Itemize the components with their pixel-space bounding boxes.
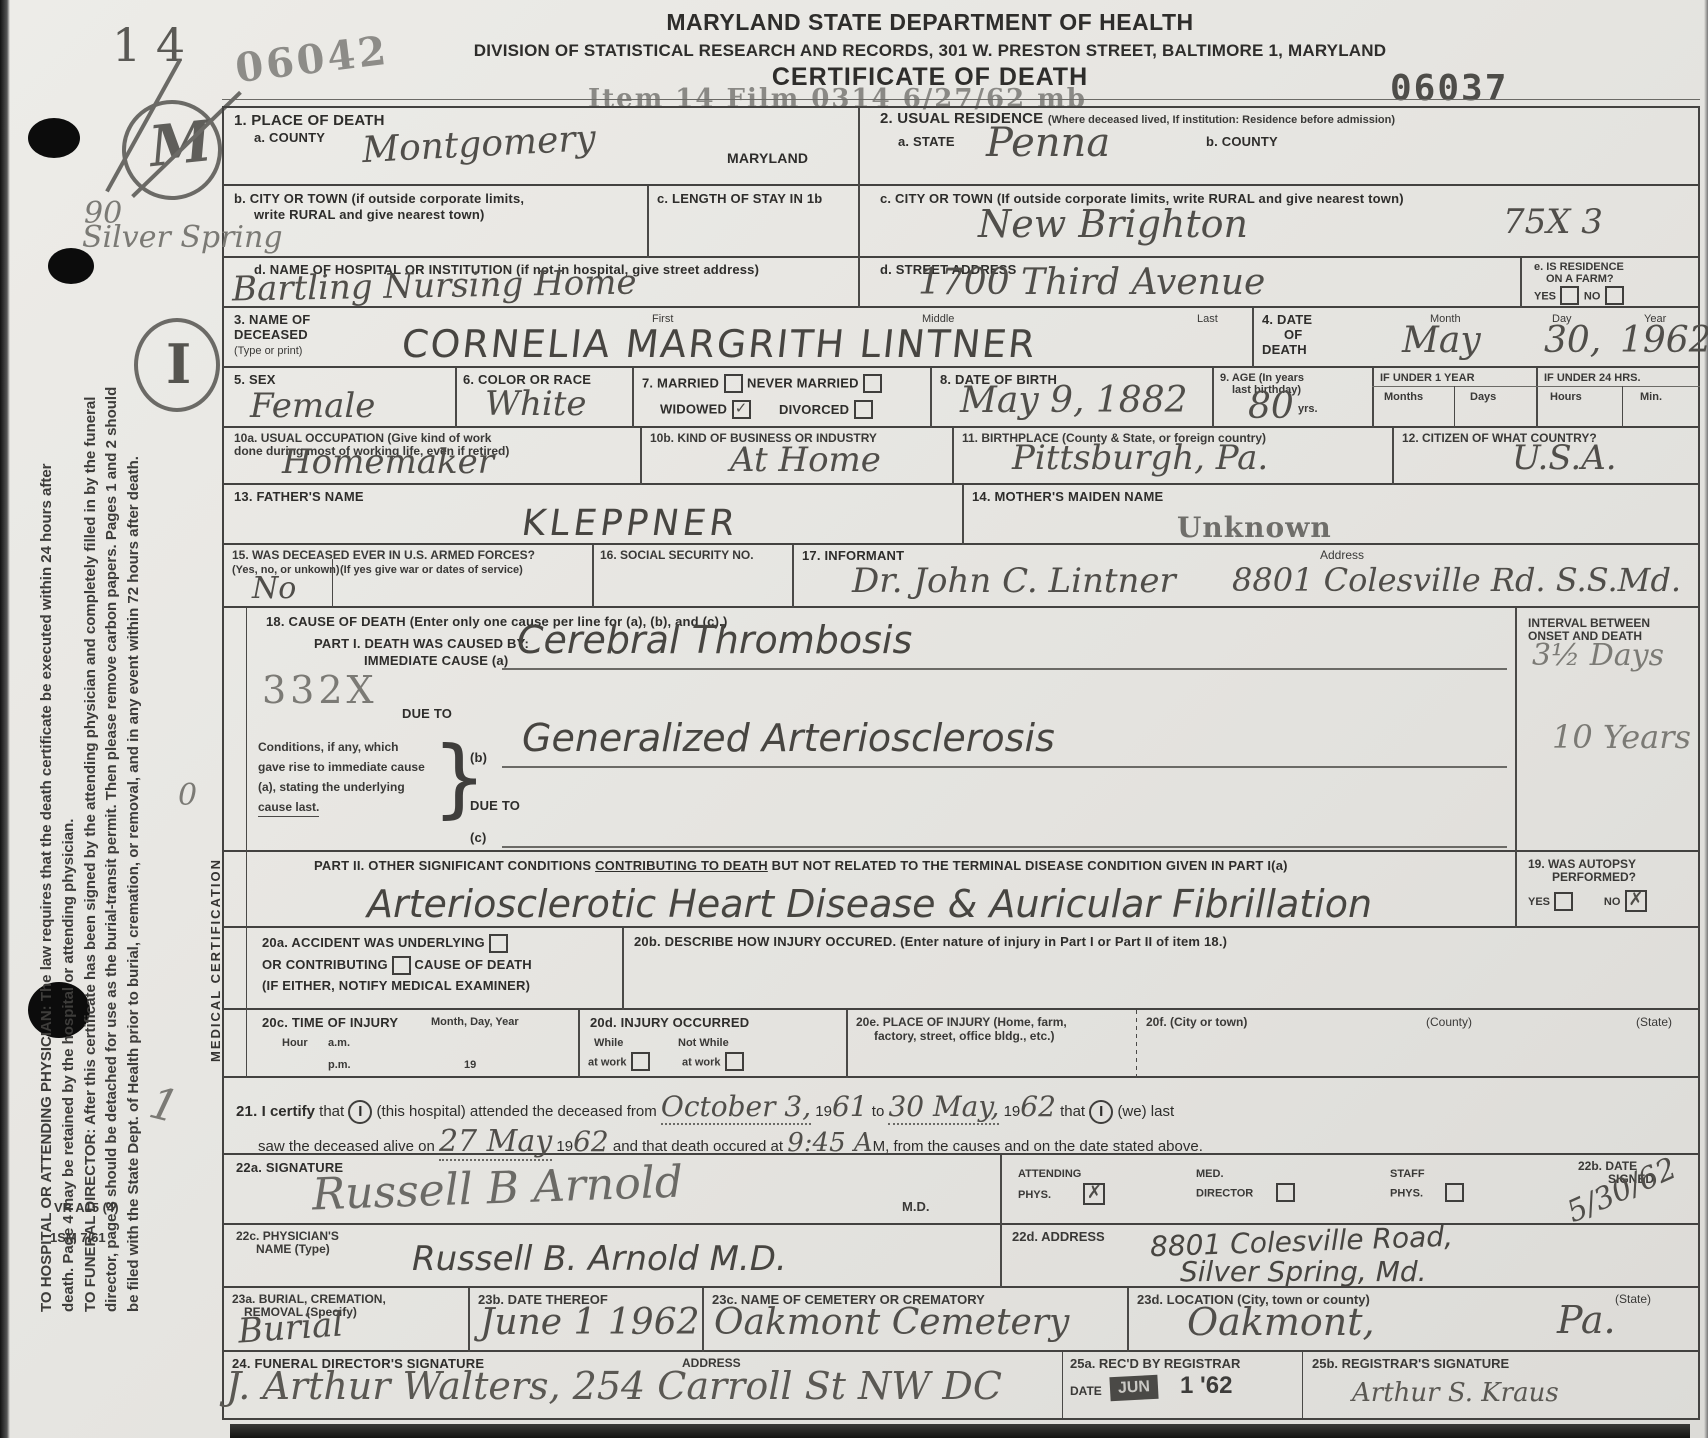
name-label3: (Type or print)	[234, 344, 302, 358]
place-city-value: Silver Spring	[82, 220, 283, 255]
margin-line1: The law requires that the death certific…	[38, 464, 55, 1006]
attended-to-value: 30 May,	[888, 1090, 999, 1125]
certify-19a: 19	[815, 1103, 832, 1120]
field-physician-name: 22c. PHYSICIAN'S NAME (Type) Russell B. …	[222, 1225, 1000, 1288]
field-under-24-hrs: IF UNDER 24 HRS. Hours Min.	[1536, 368, 1700, 428]
mdy-label: Month, Day, Year	[431, 1015, 519, 1029]
row-signature: 22a. SIGNATURE Russell B Arnold M.D. ATT…	[222, 1155, 1700, 1225]
name-value: CORNELIA MARGRITH LINTNER	[400, 322, 1039, 366]
field-marital-status: 7. MARRIED NEVER MARRIED WIDOWED ✓ DIVOR…	[632, 368, 930, 428]
margin-line3: After this certificate has been signed b…	[82, 397, 99, 1129]
field-registrar-signature: 25b. REGISTRAR'S SIGNATURE Arthur S. Kra…	[1302, 1352, 1700, 1418]
row-city: b. CITY OR TOWN (if outside corporate li…	[222, 186, 1700, 258]
part1-label: PART I. DEATH WAS CAUSED BY:	[314, 636, 529, 652]
interval-divider	[1515, 608, 1517, 852]
field-age: 9. AGE (In years last birthday) 80 yrs.	[1212, 368, 1372, 428]
film-number-right: 06037	[1390, 68, 1508, 109]
field-birthplace: 11. BIRTHPLACE (County & State, or forei…	[952, 428, 1392, 485]
dept-title: MARYLAND STATE DEPARTMENT OF HEALTH	[380, 8, 1480, 37]
certify-i1: I	[348, 1100, 372, 1124]
immediate-cause-label: IMMEDIATE CAUSE (a)	[364, 653, 508, 669]
field-how-injury: 20b. DESCRIBE HOW INJURY OCCURED. (Enter…	[622, 928, 1700, 1010]
injury-city-label: 20f. (City or town)	[1146, 1015, 1247, 1031]
dod-label3: DEATH	[1262, 342, 1307, 358]
scan-edge-left	[0, 0, 10, 1438]
signature-value: Russell B Arnold	[311, 1157, 684, 1221]
field-burial-date: 23b. DATE THEREOF June 1 1962	[468, 1288, 702, 1352]
staff-label1: STAFF	[1390, 1167, 1425, 1181]
death-occured-text2: M, from the causes and on the date state…	[873, 1138, 1203, 1155]
residence-county-label: b. COUNTY	[1206, 134, 1278, 150]
farm-no-checkbox	[1605, 286, 1624, 305]
accident-line1: 20a. ACCIDENT WAS UNDERLYING	[262, 935, 485, 950]
field-place-of-death: 1. PLACE OF DEATH a. COUNTY Montgomery M…	[222, 106, 858, 186]
row-burial: 23a. BURIAL, CREMATION, REMOVAL (Specify…	[222, 1288, 1700, 1352]
autopsy-no-label: NO	[1604, 896, 1621, 908]
physician-address-label: 22d. ADDRESS	[1012, 1229, 1105, 1246]
field-father: 13. FATHER'S NAME KLEPPNER	[222, 485, 962, 545]
field-date-signed: 22b. DATE SIGNED 5/30/62	[1560, 1155, 1700, 1225]
autopsy-label2: PERFORMED?	[1552, 870, 1636, 886]
burial-state-value: Pa.	[1557, 1298, 1616, 1342]
field-recd-registrar: 25a. REC'D BY REGISTRAR DATE JUN 1 '62	[1062, 1352, 1302, 1418]
street-address-value: 1700 Third Avenue	[918, 262, 1265, 303]
divider	[1515, 852, 1517, 928]
field-street-address: d. STREET ADDRESS 1700 Third Avenue	[858, 258, 1520, 308]
registrar-signature-value: Arthur S. Kraus	[1352, 1378, 1559, 1408]
accident-contributing-checkbox	[392, 956, 411, 975]
conditions-line4: cause last.	[258, 800, 319, 817]
place-city-label2: write RURAL and give nearest town)	[254, 207, 485, 223]
father-label: 13. FATHER'S NAME	[234, 489, 364, 505]
residence-city-note: 75X 3	[1503, 202, 1603, 242]
row-certify: 21. I certify that I (this hospital) att…	[222, 1078, 1700, 1155]
name-label2: DECEASED	[234, 327, 308, 343]
divorced-label: DIVORCED	[779, 402, 849, 417]
hospital-value: Bartling Nursing Home	[232, 262, 637, 309]
notwhile-label: Not While	[678, 1036, 729, 1050]
margin-line2: death. Page 4 may be retained by the hos…	[58, 40, 80, 1312]
physician-name-value: Russell B. Arnold M.D.	[412, 1239, 787, 1279]
name-label1: 3. NAME OF	[234, 312, 310, 328]
married-checkbox	[724, 374, 743, 393]
certify-hospital-text: (this hospital) attended the deceased fr…	[377, 1103, 657, 1120]
recd-registrar-label: 25a. REC'D BY REGISTRAR	[1070, 1356, 1240, 1373]
conditions-line2: gave rise to immediate cause	[258, 760, 425, 776]
married-label: 7. MARRIED	[642, 376, 719, 391]
field-physician-address: 22d. ADDRESS 8801 Colesville Road, Silve…	[1000, 1225, 1700, 1288]
dod-year-value: 1962	[1620, 320, 1708, 361]
accident-line2b: CAUSE OF DEATH	[414, 957, 531, 972]
atwork2-label: at work	[682, 1057, 721, 1069]
ssn-label: 16. SOCIAL SECURITY NO.	[600, 548, 754, 564]
interval-a-value: 3½ Days	[1532, 638, 1664, 673]
row-parents: 13. FATHER'S NAME KLEPPNER 14. MOTHER'S …	[222, 485, 1700, 545]
armed-forces-label: 15. WAS DECEASED EVER IN U.S. ARMED FORC…	[232, 548, 535, 564]
armed-forces-value: No	[252, 571, 296, 606]
certify-19c: 19	[556, 1138, 573, 1155]
field-burial: 23a. BURIAL, CREMATION, REMOVAL (Specify…	[222, 1288, 468, 1352]
autopsy-no-checkbox: ✗	[1625, 890, 1647, 912]
field-armed-forces: 15. WAS DECEASED EVER IN U.S. ARMED FORC…	[222, 545, 592, 608]
birthplace-value: Pittsburgh, Pa.	[1012, 438, 1268, 478]
physician-name-label2: NAME (Type)	[256, 1242, 330, 1258]
certify-we: (we) last	[1117, 1103, 1174, 1120]
occupation-value: Homemaker	[282, 442, 494, 482]
industry-value: At Home	[730, 440, 881, 480]
not-while-at-work-checkbox	[725, 1052, 744, 1071]
field-place-of-injury: 20e. PLACE OF INJURY (Home, farm, factor…	[846, 1010, 1136, 1078]
attending-label2: PHYS.	[1018, 1189, 1051, 1201]
farm-yes-checkbox	[1560, 286, 1579, 305]
field-injury-city: 20f. (City or town) (County) (State)	[1136, 1010, 1700, 1078]
film-number-left: 06042	[233, 27, 392, 92]
attended-from-value: October 3,	[661, 1090, 811, 1125]
registrar-signature-label: 25b. REGISTRAR'S SIGNATURE	[1312, 1356, 1509, 1373]
field-race: 6. COLOR OR RACE White	[455, 368, 632, 428]
residence-state-label: a. STATE	[898, 134, 955, 150]
staff-label2: PHYS.	[1390, 1188, 1423, 1200]
field-informant: 17. INFORMANT Address Dr. John C. Lintne…	[792, 545, 1700, 608]
divider	[1622, 386, 1623, 428]
field-time-of-injury: 20c. TIME OF INJURY Month, Day, Year Hou…	[246, 1010, 578, 1078]
row-hospital-address: d. NAME OF HOSPITAL OR INSTITUTION (if n…	[222, 258, 1700, 308]
conditions-line1: Conditions, if any, which	[258, 740, 398, 756]
armed-forces-sub2: (If yes give war or dates of service)	[340, 563, 523, 577]
place-of-death-label: 1. PLACE OF DEATH	[234, 112, 385, 131]
field-hospital: d. NAME OF HOSPITAL OR INSTITUTION (if n…	[222, 258, 858, 308]
months-label: Months	[1384, 390, 1423, 404]
widowed-checkbox: ✓	[732, 400, 751, 419]
hours-label: Hours	[1550, 390, 1582, 404]
burial-date-value: June 1 1962	[480, 1302, 700, 1343]
cause-b-line	[502, 766, 1507, 768]
pencil-mark-0: 0	[178, 778, 197, 813]
while-at-work-checkbox	[631, 1052, 650, 1071]
injury-state-label: (State)	[1636, 1015, 1672, 1031]
alive-on-year: 62	[573, 1125, 609, 1158]
farm-yes-label: YES	[1534, 291, 1556, 303]
recd-date-label: DATE	[1070, 1384, 1102, 1400]
form-code-1: VR A15 (4)	[54, 1200, 119, 1217]
under24-label: IF UNDER 24 HRS.	[1544, 371, 1641, 385]
place-city-label1: b. CITY OR TOWN (if outside corporate li…	[234, 191, 524, 207]
row-funeral-director: 24. FUNERAL DIRECTOR'S SIGNATURE ADDRESS…	[222, 1352, 1700, 1418]
field-residence-farm: e. IS RESIDENCE ON A FARM? YES NO	[1520, 258, 1700, 308]
dod-label2: OF	[1284, 327, 1302, 343]
year19-label: 19	[464, 1058, 476, 1072]
county-label: a. COUNTY	[254, 130, 325, 146]
dod-month-value: May	[1402, 320, 1481, 361]
row-informant: 15. WAS DECEASED EVER IN U.S. ARMED FORC…	[222, 545, 1700, 608]
certify-bold: I certify	[262, 1103, 315, 1120]
paper-sheet: TO HOSPITAL OR ATTENDING PHYSICIAN: The …	[0, 0, 1708, 1438]
dob-value: May 9, 1882	[960, 380, 1188, 421]
cause-b-value: Generalized Arteriosclerosis	[522, 716, 1055, 760]
field-signature: 22a. SIGNATURE Russell B Arnold M.D.	[222, 1155, 1000, 1225]
med-director-label1: MED.	[1196, 1167, 1224, 1181]
divider	[332, 559, 333, 608]
field-physician-type: ATTENDING PHYS. ✗ MED. DIRECTOR STAFF PH…	[1000, 1155, 1560, 1225]
time-injury-label: 20c. TIME OF INJURY	[262, 1015, 398, 1031]
row-place-residence: 1. PLACE OF DEATH a. COUNTY Montgomery M…	[222, 106, 1700, 186]
father-value: KLEPPNER	[519, 503, 741, 544]
field-date-of-birth: 8. DATE OF BIRTH May 9, 1882	[930, 368, 1212, 428]
certify-to: to	[872, 1103, 885, 1120]
scan-edge-bottom	[230, 1424, 1690, 1438]
mother-value: Unknown	[1177, 511, 1332, 544]
part2-value: Arteriosclerotic Heart Disease & Auricul…	[367, 882, 1372, 926]
field-date-of-death: 4. DATE OF DEATH Month Day Year May 30, …	[1252, 308, 1700, 368]
staff-checkbox	[1445, 1183, 1464, 1202]
medcert-divider	[246, 608, 247, 852]
recd-date-stamp-day-year: 1 '62	[1180, 1372, 1232, 1400]
atwork1-label: at work	[588, 1057, 627, 1069]
due-to-label-2: DUE TO	[470, 798, 520, 814]
med-director-label2: DIRECTOR	[1196, 1188, 1253, 1200]
field-citizen: 12. CITIZEN OF WHAT COUNTRY? U.S.A.	[1392, 428, 1700, 485]
margin-line3-bold: TO FUNERAL DIRECTOR:	[82, 1129, 99, 1312]
residence-city-value: New Brighton	[978, 202, 1248, 246]
alive-on-text: saw the deceased alive on	[258, 1138, 435, 1155]
scanned-death-certificate: { "header": { "dept": "MARYLAND STATE DE…	[0, 0, 1708, 1438]
attended-to-year: 62	[1020, 1090, 1056, 1123]
med-director-checkbox	[1276, 1183, 1295, 1202]
field-sex: 5. SEX Female	[222, 368, 455, 428]
how-injury-label: 20b. DESCRIBE HOW INJURY OCCURED. (Enter…	[634, 934, 1227, 950]
certify-19b: 19	[1004, 1103, 1021, 1120]
age-value: 80	[1248, 386, 1294, 427]
autopsy-yes-checkbox	[1554, 892, 1573, 911]
accident-line3: (IF EITHER, NOTIFY MEDICAL EXAMINER)	[262, 978, 530, 994]
row-part2: PART II. OTHER SIGNIFICANT CONDITIONS CO…	[222, 852, 1700, 928]
field-occupation: 10a. USUAL OCCUPATION (Give kind of work…	[222, 428, 640, 485]
row-demographics: 5. SEX Female 6. COLOR OR RACE White 7. …	[222, 368, 1700, 428]
field-industry: 10b. KIND OF BUSINESS OR INDUSTRY At Hom…	[640, 428, 952, 485]
citizen-value: U.S.A.	[1512, 438, 1617, 478]
row-name-dod: 3. NAME OF DECEASED (Type or print) Firs…	[222, 308, 1700, 368]
injury-occurred-label: 20d. INJURY OCCURRED	[590, 1015, 749, 1031]
row-cause-of-death: 18. CAUSE OF DEATH (Enter only one cause…	[222, 608, 1700, 852]
row-physician-name: 22c. PHYSICIAN'S NAME (Type) Russell B. …	[222, 1225, 1700, 1288]
funeral-director-value: J. Arthur Walters, 254 Carroll St NW DC	[226, 1364, 1002, 1408]
certify-num: 21.	[236, 1103, 257, 1120]
attending-label1: ATTENDING	[1018, 1167, 1081, 1181]
conditions-line3: (a), stating the underlying	[258, 780, 405, 796]
part2-label-post: BUT NOT RELATED TO THE TERMINAL DISEASE …	[768, 858, 1288, 873]
dod-label1: 4. DATE	[1262, 312, 1312, 328]
accident-line2a: OR CONTRIBUTING	[262, 957, 388, 972]
scan-edge-right	[1704, 0, 1708, 1438]
maryland-printed: MARYLAND	[727, 150, 808, 168]
cemetery-value: Oakmont Cemetery	[714, 1302, 1069, 1343]
never-married-label: NEVER MARRIED	[747, 376, 859, 391]
burial-location-value: Oakmont,	[1187, 1300, 1375, 1344]
circled-i-mark: I	[134, 318, 220, 412]
certify-i2: I	[1089, 1100, 1113, 1124]
pm-label: p.m.	[328, 1058, 351, 1072]
cause-c-label: (c)	[470, 830, 487, 846]
field-burial-location: 23d. LOCATION (City, town or county) (St…	[1127, 1288, 1700, 1352]
cause-c-line	[502, 846, 1507, 848]
division-subtitle: DIVISION OF STATISTICAL RESEARCH AND REC…	[270, 40, 1590, 61]
attending-checkbox: ✗	[1083, 1183, 1105, 1205]
recd-date-stamp-month: JUN	[1109, 1375, 1158, 1401]
accident-underlying-checkbox	[489, 934, 508, 953]
rule	[1536, 386, 1700, 387]
interval-b-value: 10 Years	[1552, 718, 1691, 756]
rule	[222, 99, 1700, 100]
field-length-of-stay: c. LENGTH OF STAY IN 1b	[647, 186, 858, 258]
field-residence-city: c. CITY OR TOWN (If outside corporate li…	[858, 186, 1700, 258]
medcert-divider	[246, 852, 247, 928]
field-funeral-director: 24. FUNERAL DIRECTOR'S SIGNATURE ADDRESS…	[222, 1352, 1062, 1418]
race-value: White	[485, 384, 587, 424]
farm-label2: ON A FARM?	[1546, 272, 1614, 286]
divorced-checkbox	[854, 400, 873, 419]
part2-label-pre: PART II. OTHER SIGNIFICANT CONDITIONS	[314, 858, 595, 873]
under1-label: IF UNDER 1 YEAR	[1380, 371, 1475, 385]
widowed-label: WIDOWED	[660, 402, 727, 417]
never-married-checkbox	[863, 374, 882, 393]
place-injury-label2: factory, street, office bldg., etc.)	[874, 1029, 1054, 1045]
attended-from-year: 61	[832, 1090, 868, 1123]
last-label: Last	[1197, 312, 1218, 326]
informant-value: Dr. John C. Lintner	[852, 561, 1176, 601]
physician-address-value2: Silver Spring, Md.	[1180, 1255, 1427, 1288]
field-accident: 20a. ACCIDENT WAS UNDERLYING OR CONTRIBU…	[246, 928, 622, 1010]
yrs-label: yrs.	[1298, 402, 1318, 416]
mother-label: 14. MOTHER'S MAIDEN NAME	[972, 489, 1163, 505]
death-time-value: 9:45 A	[787, 1128, 872, 1158]
pencil-mark-1: 1	[144, 1077, 184, 1133]
dod-day-value: 30,	[1544, 320, 1601, 361]
field-name-of-deceased: 3. NAME OF DECEASED (Type or print) Firs…	[222, 308, 1252, 368]
while-label: While	[594, 1036, 623, 1050]
row-accident: 20a. ACCIDENT WAS UNDERLYING OR CONTRIBU…	[222, 928, 1700, 1010]
field-under-1-year: IF UNDER 1 YEAR Months Days	[1372, 368, 1536, 428]
field-place-city: b. CITY OR TOWN (if outside corporate li…	[222, 186, 647, 258]
am-label: a.m.	[328, 1036, 350, 1050]
autopsy-yes-label: YES	[1528, 896, 1550, 908]
residence-state-value: Penna	[986, 120, 1110, 166]
md-label: M.D.	[902, 1199, 929, 1216]
death-occured-text: and that death occured at	[613, 1138, 783, 1155]
county-value: Montgomery	[361, 118, 597, 171]
part2-label-underlined: CONTRIBUTING TO DEATH	[595, 858, 768, 873]
row-injury-detail: 20c. TIME OF INJURY Month, Day, Year Hou…	[222, 1010, 1700, 1078]
informant-address-value: 8801 Colesville Rd. S.S.Md.	[1232, 561, 1681, 599]
days-label: Days	[1470, 390, 1496, 404]
cause-a-value: Cerebral Thrombosis	[517, 618, 912, 662]
hour-label: Hour	[282, 1036, 308, 1050]
length-of-stay-label: c. LENGTH OF STAY IN 1b	[657, 191, 822, 207]
margin-line1-bold: TO HOSPITAL OR ATTENDING PHYSICIAN:	[38, 1005, 55, 1312]
field-ssn: 16. SOCIAL SECURITY NO.	[592, 545, 792, 608]
field-usual-residence: 2. USUAL RESIDENCE (Where deceased lived…	[858, 106, 1700, 186]
field-mother: 14. MOTHER'S MAIDEN NAME Unknown	[962, 485, 1700, 545]
cause-code-value: 332X	[262, 668, 378, 712]
field-injury-occurred: 20d. INJURY OCCURRED While Not While at …	[578, 1010, 846, 1078]
divider	[1454, 386, 1455, 428]
certify-that2: that	[1060, 1103, 1085, 1120]
sex-value: Female	[250, 386, 375, 426]
farm-no-label: NO	[1584, 291, 1601, 303]
cause-a-line	[502, 668, 1507, 670]
medical-certification-label: MEDICAL CERTIFICATION	[208, 858, 223, 1062]
mark-i: I	[166, 332, 191, 396]
due-to-label-1: DUE TO	[402, 706, 452, 722]
form-code-2: 1SM 7/61	[50, 1230, 106, 1247]
certify-that1: that	[319, 1103, 344, 1120]
field-cemetery: 23c. NAME OF CEMETERY OR CREMATORY Oakmo…	[702, 1288, 1127, 1352]
row-occupation: 10a. USUAL OCCUPATION (Give kind of work…	[222, 428, 1700, 485]
burial-value: Burial	[237, 1304, 345, 1351]
burial-state-label: (State)	[1615, 1292, 1651, 1308]
min-label: Min.	[1640, 390, 1662, 404]
injury-county-label: (County)	[1426, 1015, 1472, 1031]
